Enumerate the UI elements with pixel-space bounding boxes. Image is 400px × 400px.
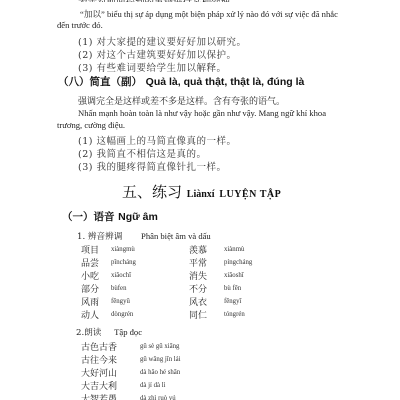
idiom-pinyin: gǔ sè gǔ xiāng: [140, 343, 179, 350]
exercise-title-pinyin: Liànxí: [187, 189, 215, 200]
section-8-desc-vi-line2: trương, cường điệu.: [57, 120, 125, 130]
word-zh: 同仁: [189, 308, 207, 321]
section-8-heading-vi: Quả là, quả thật, thật là, đúng là: [146, 76, 305, 88]
word-zh: 风雨: [81, 295, 99, 308]
word-zh: 羡慕: [189, 243, 207, 256]
section-8-desc-zh: 强调完全是这样或差不多是这样。含有夸张的语气。: [78, 94, 285, 107]
exercise-section-title: 五、练习 Liànxí LUYỆN TẬP: [122, 181, 281, 202]
idiom-pinyin: dà jí dà lì: [140, 382, 165, 389]
idiom-pinyin: gǔ wǎng jīn lái: [140, 356, 181, 363]
section-8-example-3: (3) 我的腿疼得简直像针扎一样。: [78, 159, 226, 173]
idiom-zh: 大好河山: [81, 366, 117, 379]
word-pinyin: fēngyǔ: [111, 298, 130, 305]
section-8-heading: （八）简直（副） Quả là, quả thật, thật là, đúng…: [58, 74, 304, 89]
textbook-page: 表示对前面提到的事物进行某种处理。 “加以” biểu thị sự áp dụ…: [0, 0, 400, 400]
word-pinyin: xiǎochī: [111, 272, 131, 279]
word-pinyin: xiàngmù: [111, 246, 135, 253]
exercise-2-label-zh: 2.朗读: [76, 328, 101, 338]
section-8-example-1: (1) 这幅画上的马简直像真的一样。: [78, 133, 236, 147]
word-pinyin: bù fēn: [224, 285, 241, 292]
subsection-1-heading: （一）语音 Ngữ âm: [62, 209, 158, 224]
subsection-1-heading-zh: （一）语音: [62, 211, 115, 223]
cut-off-text: 表示对前面提到的事物进行某种处理。: [78, 0, 240, 2]
exercise-2-label: 2.朗读 Tập đọc: [76, 326, 142, 338]
jiayi-example-3: (3) 有些难词要给学生加以解释。: [78, 60, 226, 74]
idiom-zh: 古色古香: [81, 340, 117, 353]
exercise-1-label: 1. 辨音辨调 Phân biệt âm và dấu: [77, 230, 211, 242]
word-pinyin: bùfen: [111, 285, 126, 292]
word-pinyin: xiāoshī: [224, 272, 244, 279]
subsection-1-heading-vi: Ngữ âm: [118, 211, 158, 223]
section-8-heading-zh: （八）简直（副）: [58, 76, 142, 88]
word-zh: 风衣: [189, 295, 207, 308]
word-pinyin: xiànmù: [224, 246, 244, 253]
word-zh: 不分: [189, 282, 207, 295]
word-pinyin: pǐncháng: [111, 259, 136, 266]
idiom-zh: 大智若愚: [81, 392, 117, 400]
word-zh: 消失: [189, 269, 207, 282]
section-8-example-2: (2) 我简直不相信这是真的。: [78, 146, 206, 160]
exercise-1-label-zh: 1. 辨音辨调: [77, 232, 122, 242]
exercise-title-zh: 五、练习: [122, 183, 182, 201]
jiayi-example-1: (1) 对大家提的建议要好好加以研究。: [78, 34, 246, 48]
word-pinyin: píngcháng: [224, 259, 252, 266]
idiom-zh: 大吉大利: [81, 379, 117, 392]
idiom-pinyin: dà hǎo hé shān: [140, 369, 180, 376]
word-zh: 平常: [189, 256, 207, 269]
jiayi-note-line1: “加以” biểu thị sự áp dụng một biện pháp x…: [80, 8, 338, 20]
word-pinyin: tóngrén: [224, 311, 245, 318]
word-zh: 品尝: [81, 256, 99, 269]
word-zh: 部分: [81, 282, 99, 295]
word-zh: 动人: [81, 308, 99, 321]
word-pinyin: fēngyī: [224, 298, 241, 305]
exercise-title-vi: LUYỆN TẬP: [219, 189, 281, 200]
exercise-1-label-vi: Phân biệt âm và dấu: [141, 231, 211, 241]
cut-off-line: 表示对前面提到的事物进行某种处理。: [78, 0, 240, 2]
word-zh: 项目: [81, 243, 99, 256]
idiom-pinyin: dà zhì ruò yú: [140, 395, 176, 400]
jiayi-example-2: (2) 对这个古建筑要好好加以保护。: [78, 47, 236, 61]
section-8-desc-vi-line1: Nhấn mạnh hoàn toàn là như vậy hoặc gần …: [78, 108, 326, 118]
jiayi-note-line2: đến trước đó.: [57, 20, 103, 30]
idiom-zh: 古往今来: [81, 353, 117, 366]
word-pinyin: dòngrén: [111, 311, 133, 318]
exercise-2-label-vi: Tập đọc: [114, 327, 142, 337]
word-zh: 小吃: [81, 269, 99, 282]
